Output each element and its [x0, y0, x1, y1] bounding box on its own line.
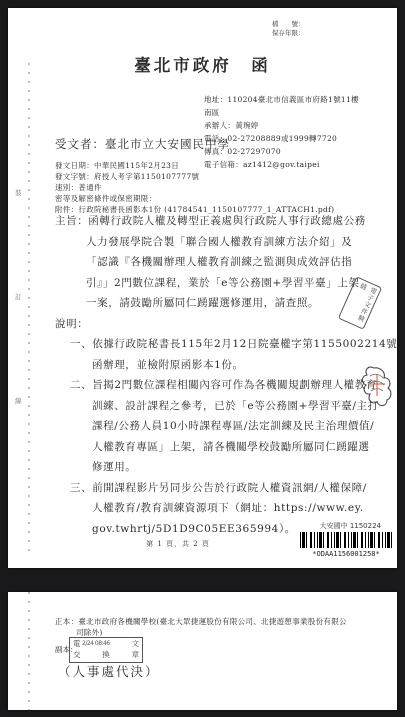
exchange-stamp-char: 換 [102, 649, 110, 660]
original-copy-line: 正本：臺北市政府各機關學校(臺北大眾捷運股份有限公司、北捷遊憩事業股份有限公 [55, 616, 347, 627]
subject-line: 一案，請鼓勵所屬同仁踴躍選修運用，請查照。 [55, 293, 375, 314]
crumpled-seal-icon [360, 364, 394, 420]
description-line: 說明： [55, 314, 375, 335]
subject-line: 主旨：函轉行政院人權及轉型正義處與行政院人事行政總處公務 [55, 211, 375, 232]
electronic-exchange-stamp: 電 文 交 換 章 2/24 08:46 [69, 637, 143, 663]
subject-line: 人力發展學院合製「聯合國人權教育訓練方法介紹」及 [55, 232, 375, 253]
description-block: 說明：一、依據行政院秘書長115年2月12日院臺權字第1155002214號函辦… [55, 314, 375, 540]
page-indicator: 第 1 頁，共 2 頁 [8, 539, 348, 549]
description-line: 三、前開課程影片另同步公告於行政院人權資訊網/人權保障/ [55, 478, 375, 499]
description-line: 函辦理，並檢附原函影本1份。 [55, 355, 375, 376]
description-line: 人權教育專區」上架，請各機關學校鼓勵所屬同仁踴躍選 [55, 437, 375, 458]
meta-line: 發文字號：府授人考字第1150107777號 [55, 171, 334, 182]
acting-decision-note: （人事處代決） [58, 662, 160, 680]
description-line: 課程/公務人員10小時課程專區/法定訓練及民主治理價值/ [55, 416, 375, 437]
sender-contact-line: 南區 [204, 106, 359, 119]
binding-mark-ding: 訂 [15, 292, 22, 301]
archive-number-label: 檔 號： [272, 20, 305, 29]
archive-fields: 檔 號： 保存年限： [272, 20, 305, 37]
document-viewer-canvas: { "colors":{"backdrop":"#1a1a1c","paper"… [0, 0, 405, 717]
barcode-label: *ODAA1156001258* [300, 550, 392, 558]
description-line: 訓練、設計課程之參考，已於「e等公務園+學習平臺/主打 [55, 396, 375, 417]
description-line: 修運用。 [55, 457, 375, 478]
document-page-1: 裝 訂 線 檔 號： 保存年限： 臺北市政府 函 地址：110204臺北市信義區… [8, 8, 397, 568]
meta-line: 速別：普通件 [55, 182, 334, 193]
subject-line: 引』」2門數位課程，業於「e等公務園+學習平臺」上架 [55, 273, 375, 294]
binding-dotted-line [28, 63, 30, 558]
original-copy-block: 正本：臺北市政府各機關學校(臺北大眾捷運股份有限公司、北捷遊憩事業股份有限公司除… [55, 616, 347, 638]
recipient-line: 受文者：臺北市立大安國民中學 [55, 136, 230, 152]
exchange-stamp-row-2: 交 換 章 [70, 649, 142, 660]
meta-line: 發文日期：中華民國115年2月23日 [55, 160, 334, 171]
meta-line: 密等及解密條件或保密期限： [55, 193, 334, 204]
description-line: 人權教育/教育訓練資源項下（網址：https://www.ey. [55, 498, 375, 519]
binding-mark-zhuang: 裝 [15, 188, 22, 197]
description-line: 二、旨揭2門數位課程相關內容可作為各機關規劃辦理人權教育 [55, 375, 375, 396]
document-body: 主旨：函轉行政院人權及轉型正義處與行政院人事行政總處公務人力發展學院合製「聯合國… [55, 211, 375, 539]
subject-block: 主旨：函轉行政院人權及轉型正義處與行政院人事行政總處公務人力發展學院合製「聯合國… [55, 211, 375, 314]
document-title: 臺北市政府 函 [8, 52, 397, 76]
exchange-stamp-char: 電 [73, 638, 81, 649]
exchange-stamp-char: 章 [132, 649, 140, 660]
description-line: 一、依據行政院秘書長115年2月12日院臺權字第1155002214號 [55, 334, 375, 355]
sender-contact-line: 地址：110204臺北市信義區市府路1號11樓 [204, 93, 359, 106]
sender-contact-line: 承辦人：黃琬婷 [204, 119, 359, 132]
binding-mark-xian: 線 [15, 396, 22, 405]
agency-doc-reference: 大安國中 1150224 [320, 521, 381, 531]
retention-period-label: 保存年限： [272, 29, 305, 38]
subject-line: 「認識『各機關辦理人權教育訓練之監測與成效評估指 [55, 252, 375, 273]
binding-dotted-line [28, 592, 30, 710]
document-page-2: 正本：臺北市政府各機關學校(臺北大眾捷運股份有限公司、北捷遊憩事業股份有限公司除… [8, 592, 397, 710]
exchange-stamp-datetime: 2/24 08:46 [82, 640, 110, 647]
document-meta-block: 發文日期：中華民國115年2月23日發文字號：府授人考字第1150107777號… [55, 160, 334, 215]
exchange-stamp-char: 文 [132, 638, 140, 649]
exchange-stamp-char: 交 [73, 649, 81, 660]
